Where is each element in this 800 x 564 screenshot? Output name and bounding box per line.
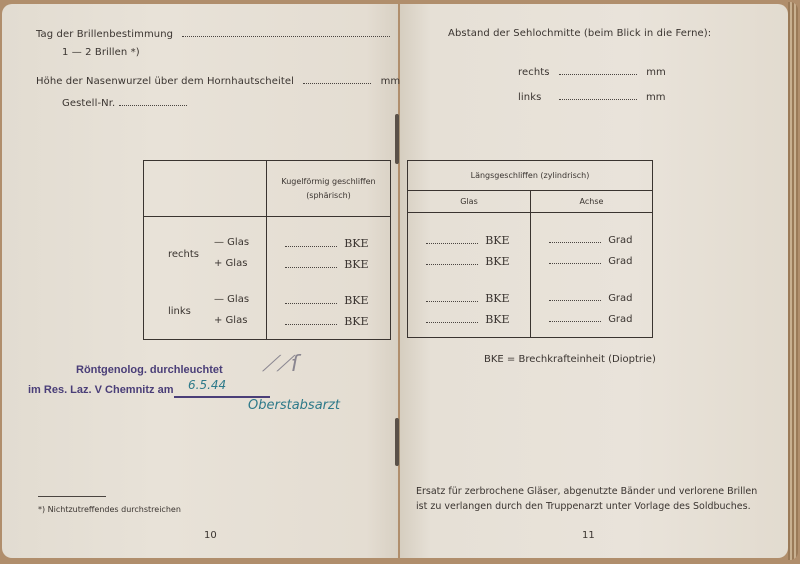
spherical-table: Kugelförmig geschliffen (sphärisch) rech… [143, 160, 391, 340]
glasses-count: 1 — 2 Brillen *) [62, 47, 140, 58]
frame-no-blank [119, 97, 187, 106]
footnote: *) Nichtzutreffendes durchstreichen [38, 505, 181, 514]
date-blank [182, 28, 390, 37]
pupil-right-row: rechts mm [518, 66, 666, 78]
bridge-height-label: Höhe der Nasenwurzel über dem Hornhautsc… [36, 76, 294, 87]
date-field-row: Tag der Brillenbestimmung [36, 28, 390, 40]
glass-plus-right: + Glas [214, 258, 247, 269]
spherical-row-1: BKE [285, 237, 369, 250]
open-booklet: Tag der Brillenbestimmung 1 — 2 Brillen … [0, 0, 800, 564]
pupil-distance-label: Abstand der Sehlochmitte (beim Blick in … [448, 28, 711, 39]
frame-no-label: Gestell-Nr. [62, 98, 115, 109]
replacement-line-2: ist zu verlangen durch den Truppenarzt u… [416, 501, 751, 512]
bridge-height-row: Höhe der Nasenwurzel über dem Hornhautsc… [36, 75, 400, 87]
staple-top [395, 114, 399, 164]
bridge-height-blank [303, 75, 371, 84]
spherical-values-column: BKE BKE BKE BKE [267, 217, 391, 340]
spherical-row-2: BKE [285, 258, 369, 271]
col-axis-header: Achse [531, 191, 653, 213]
staple-bottom [395, 418, 399, 466]
page-number-right: 11 [582, 530, 595, 541]
bke-legend: BKE = Brechkrafteinheit (Dioptrie) [484, 354, 656, 365]
spherical-row-4: BKE [285, 315, 369, 328]
signature-title: Oberstabsarzt [248, 398, 340, 413]
pupil-left-row: links mm [518, 91, 666, 103]
side-glass-column: rechts — Glas + Glas links — Glas + Glas [144, 217, 267, 340]
footnote-rule [38, 496, 106, 497]
cylindrical-glass-column: BKE BKE BKE BKE [408, 213, 531, 338]
cylindrical-axis-column: Grad Grad Grad Grad [531, 213, 653, 338]
bridge-height-unit: mm [381, 76, 401, 87]
glass-plus-left: + Glas [214, 315, 247, 326]
stamp-line-2: im Res. Laz. V Chemnitz am [28, 384, 173, 396]
stamp-date: 6.5.44 [188, 378, 226, 392]
col-glass-header: Glas [408, 191, 531, 213]
page-edges [788, 2, 798, 560]
stamp-line-1: Röntgenolog. durchleuchtet [76, 364, 223, 376]
replacement-line-1: Ersatz für zerbrochene Gläser, abgenutzt… [416, 486, 757, 497]
date-label: Tag der Brillenbestimmung [36, 29, 173, 40]
page-number-left: 10 [204, 530, 217, 541]
glass-minus-left: — Glas [214, 294, 249, 305]
table-corner [144, 161, 267, 217]
pencil-signature: ⟋⟋ſ [262, 352, 298, 377]
cylindrical-table: Längsgeschliffen (zylindrisch) Glas Achs… [407, 160, 653, 338]
spherical-header: Kugelförmig geschliffen (sphärisch) [267, 161, 391, 217]
side-links: links [168, 306, 191, 317]
side-rechts: rechts [168, 249, 199, 260]
cylindrical-header: Längsgeschliffen (zylindrisch) [408, 161, 653, 191]
glass-minus-right: — Glas [214, 237, 249, 248]
frame-no-row: Gestell-Nr. [62, 97, 187, 109]
spherical-row-3: BKE [285, 294, 369, 307]
